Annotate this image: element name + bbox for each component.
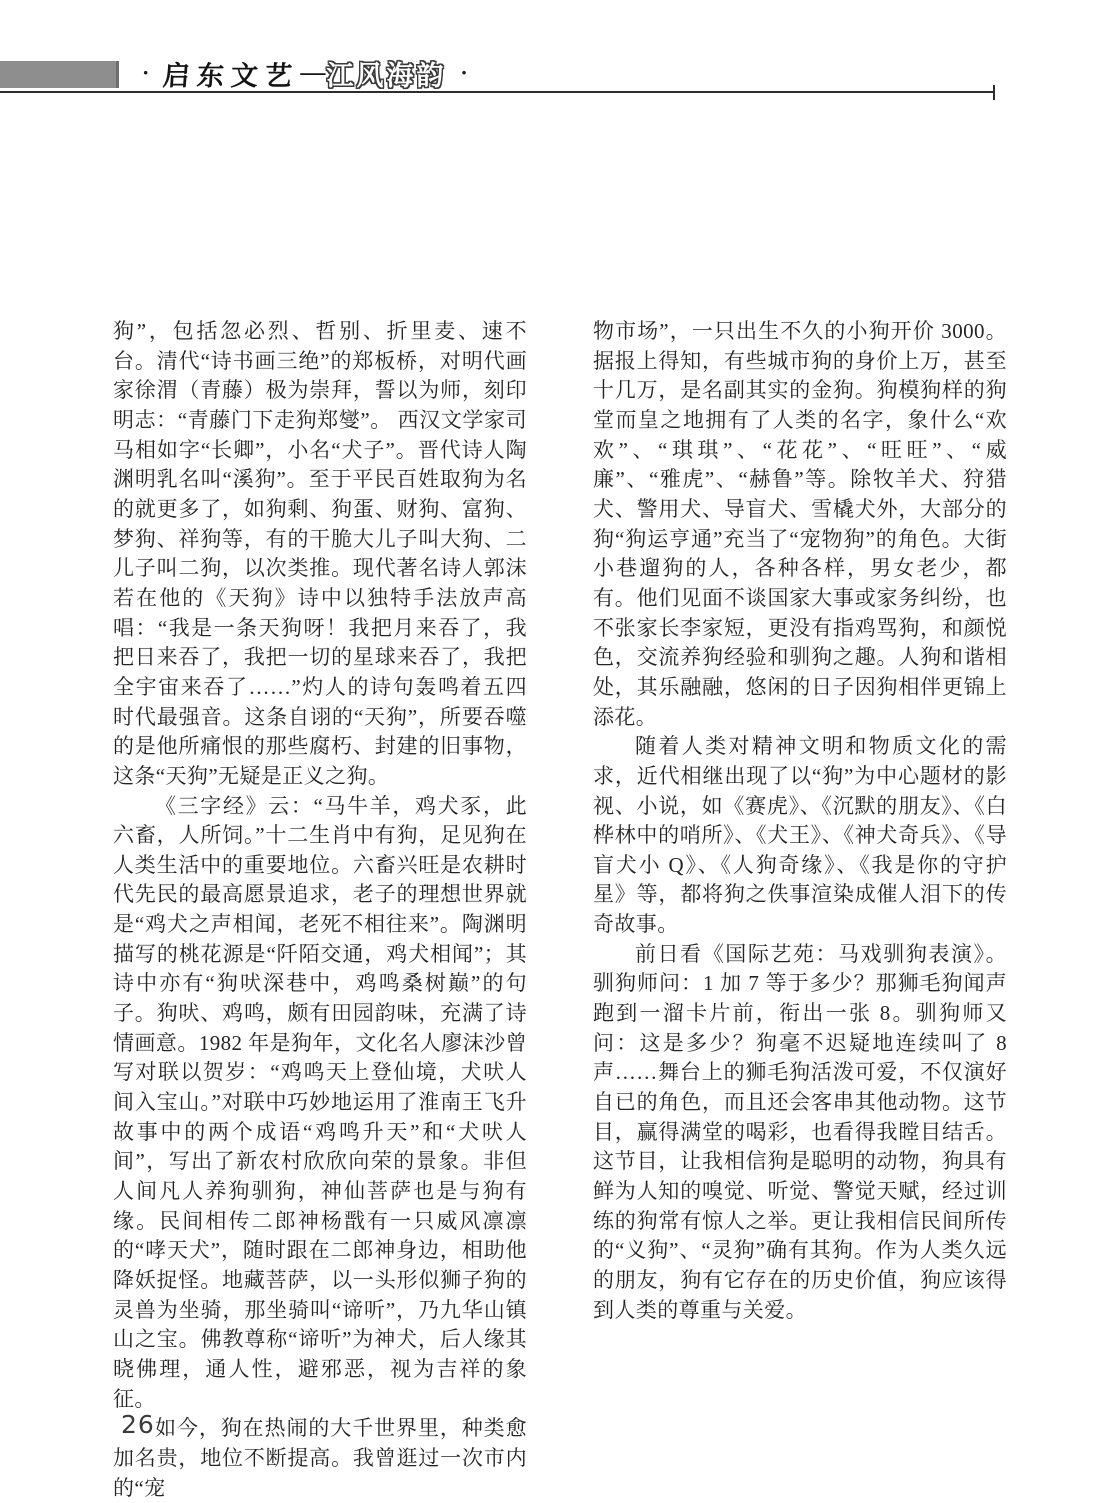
right-text-column: 物市场”，一只出生不久的小狗开价 3000。据报上得知，有些城市狗的身价上万，甚…	[593, 317, 1007, 1325]
journal-title-dash: —	[300, 59, 325, 87]
header-rule	[0, 91, 995, 93]
left-text-column: 狗”，包括忽必烈、哲别、折里麦、速不台。清代“诗书画三绝”的郑板桥，对明代画家徐…	[113, 317, 527, 1503]
header-dot-right: ·	[460, 60, 467, 86]
journal-header-title: · 启东文艺 — 江风海韵 ·	[128, 56, 482, 90]
paragraph-left-2: 《三字经》云：“马牛羊，鸡犬豕，此六畜，人所饲。”十二生肖中有狗，足见狗在人类生…	[113, 792, 527, 1415]
paragraph-right-3: 前日看《国际艺苑：马戏驯狗表演》。驯狗师问：1 加 7 等于多少？那狮毛狗闻声跑…	[593, 940, 1007, 1326]
journal-name-outline: 江风海韵	[326, 54, 446, 93]
journal-name-script: 启东文艺	[162, 54, 301, 93]
header-dot-left: ·	[142, 60, 149, 86]
paragraph-left-3: 如今，狗在热闹的大千世界里，种类愈加名贵，地位不断提高。我曾逛过一次市内的“宠	[113, 1414, 527, 1503]
header-gray-bar	[0, 61, 119, 88]
paragraph-right-1: 物市场”，一只出生不久的小狗开价 3000。据报上得知，有些城市狗的身价上万，甚…	[593, 317, 1007, 732]
paragraph-right-2: 随着人类对精神文明和物质文化的需求，近代相继出现了以“狗”为中心题材的影视、小说…	[593, 732, 1007, 940]
page-number: 26	[121, 1410, 155, 1439]
paragraph-left-1: 狗”，包括忽必烈、哲别、折里麦、速不台。清代“诗书画三绝”的郑板桥，对明代画家徐…	[113, 317, 527, 792]
magazine-page: · 启东文艺 — 江风海韵 · 狗”，包括忽必烈、哲别、折里麦、速不台。清代“诗…	[0, 0, 1100, 1503]
header-rule-end-tick	[993, 85, 995, 100]
